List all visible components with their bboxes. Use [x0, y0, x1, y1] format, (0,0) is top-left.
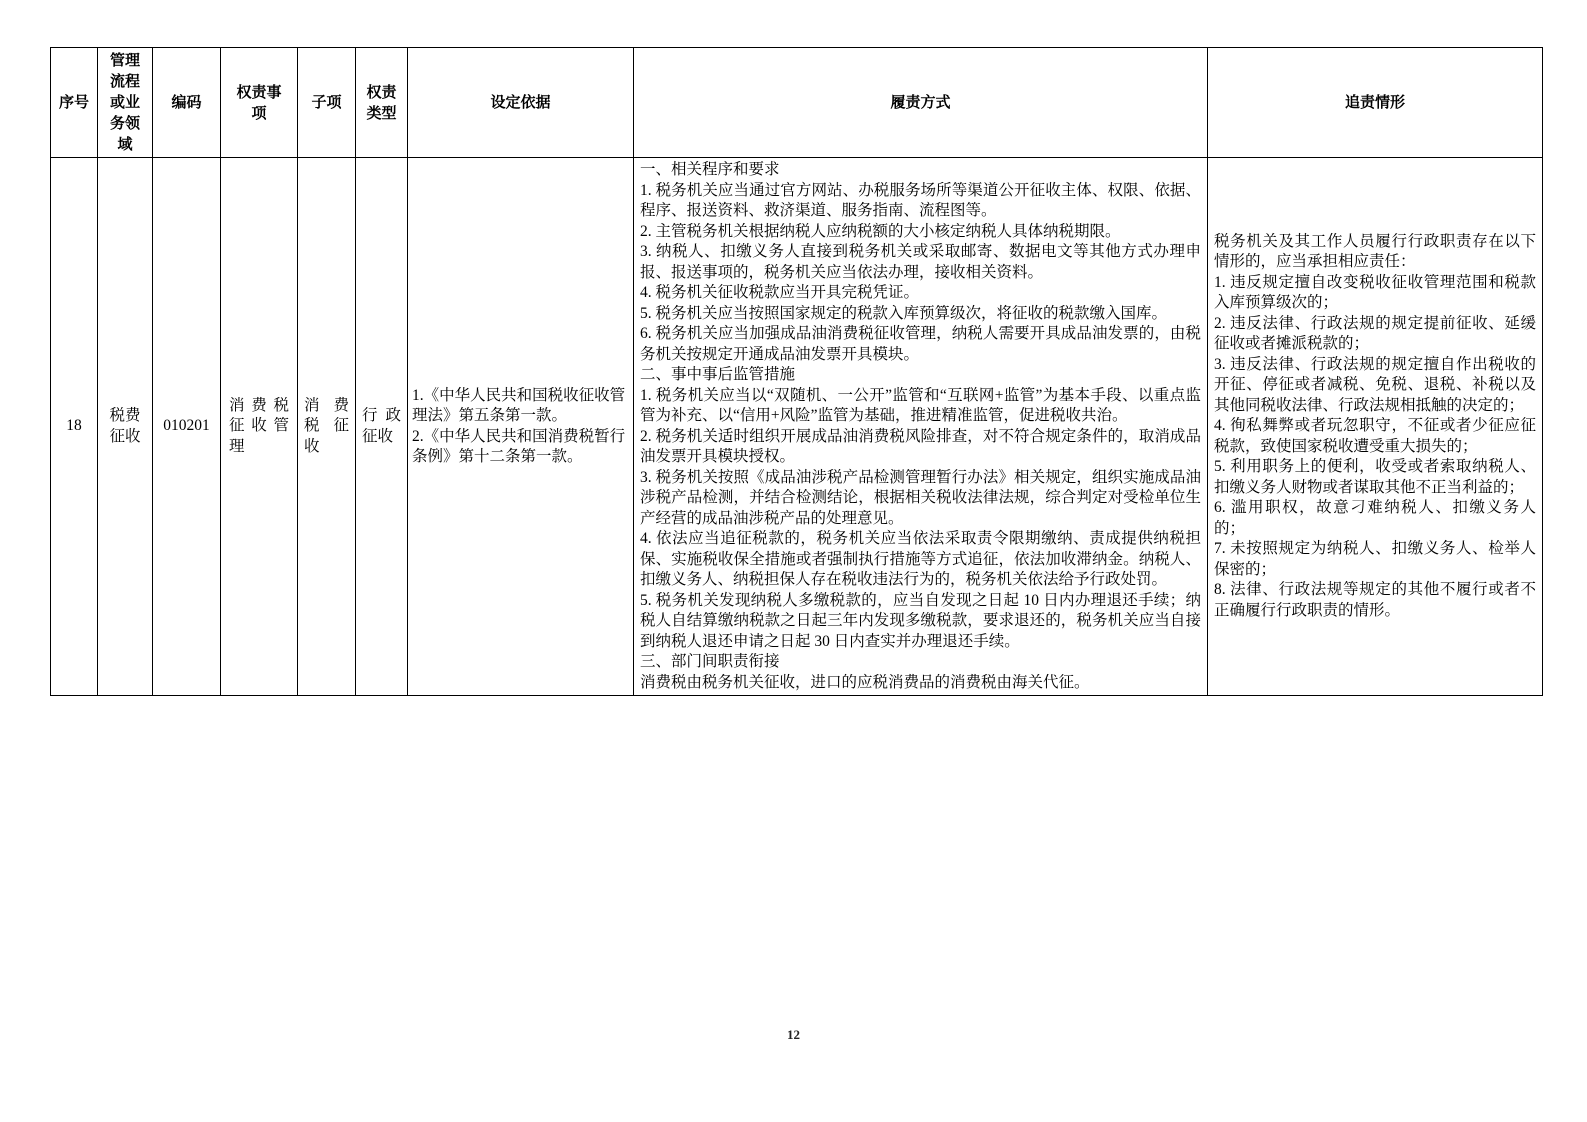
header-accountability: 追责情形: [1208, 48, 1543, 158]
header-serial-number: 序号: [51, 48, 98, 158]
table-body: 18 税费征收 010201 消费税征收管理 消费税征收 行政征收 1.《中华人…: [51, 158, 1543, 696]
header-matter: 权责事项: [221, 48, 298, 158]
table-row: 18 税费征收 010201 消费税征收管理 消费税征收 行政征收 1.《中华人…: [51, 158, 1543, 696]
cell-serial-number: 18: [51, 158, 98, 696]
responsibility-table: 序号 管理流程或业务领域 编码 权责事项 子项 权责类型 设定依据 履责方式 追…: [50, 47, 1543, 696]
header-duty-type: 权责类型: [356, 48, 408, 158]
cell-code: 010201: [153, 158, 221, 696]
cell-business-area: 税费征收: [98, 158, 153, 696]
header-performance-method: 履责方式: [634, 48, 1208, 158]
header-business-area: 管理流程或业务领域: [98, 48, 153, 158]
cell-performance-method: 一、相关程序和要求 1. 税务机关应当通过官方网站、办税服务场所等渠道公开征收主…: [634, 158, 1208, 696]
cell-matter: 消费税征收管理: [221, 158, 298, 696]
header-sub-item: 子项: [298, 48, 356, 158]
page-number: 12: [0, 1027, 1587, 1043]
header-code: 编码: [153, 48, 221, 158]
cell-accountability: 税务机关及其工作人员履行行政职责存在以下情形的，应当承担相应责任： 1. 违反规…: [1208, 158, 1543, 696]
cell-legal-basis: 1.《中华人民共和国税收征收管理法》第五条第一款。 2.《中华人民共和国消费税暂…: [408, 158, 634, 696]
table-header-row: 序号 管理流程或业务领域 编码 权责事项 子项 权责类型 设定依据 履责方式 追…: [51, 48, 1543, 158]
cell-sub-item: 消费税征收: [298, 158, 356, 696]
document-page: 序号 管理流程或业务领域 编码 权责事项 子项 权责类型 设定依据 履责方式 追…: [0, 0, 1587, 1122]
header-legal-basis: 设定依据: [408, 48, 634, 158]
cell-duty-type: 行政征收: [356, 158, 408, 696]
